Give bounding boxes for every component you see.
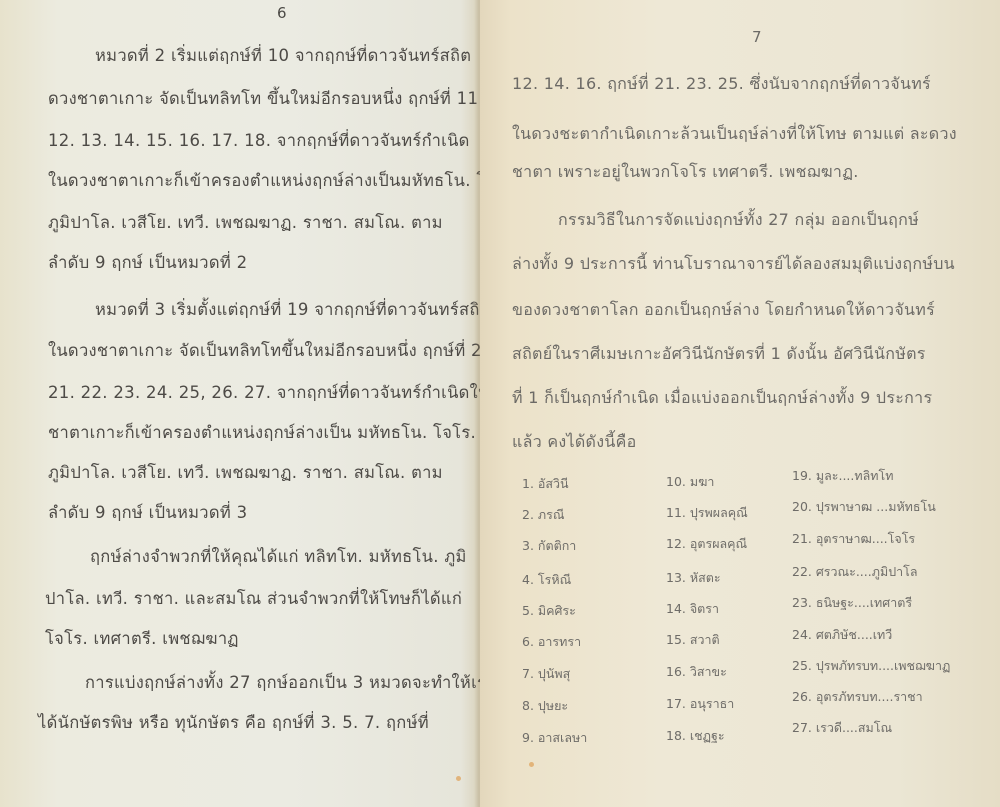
list-item: 8. ปุษยะ [522, 696, 568, 716]
list-item: 5. มิคศิระ [522, 601, 576, 621]
list-item: 20. ปุรพาษาฒ ...มหัทธโน [792, 497, 936, 517]
list-item: 9. อาสเลษา [522, 728, 587, 748]
text-line: หมวดที่ 2 เริ่มแต่ฤกษ์ที่ 10 จากฤกษ์ที่ด… [95, 43, 471, 69]
list-item: 12. อุตรผลคุณี [666, 534, 747, 554]
text-line: ในดวงชะตากำเนิดเกาะล้วนเป็นฤษ์ล่างที่ให้… [512, 122, 957, 147]
text-line: ฤกษ์ล่างจำพวกที่ให้คุณได้แก่ ทลิทโท. มหั… [90, 544, 467, 570]
text-line: ล่างทั้ง 9 ประการนี้ ท่านโบราณาจารย์ได้ล… [512, 252, 955, 277]
text-line: ลำดับ 9 ฤกษ์ เป็นหมวดที่ 2 [48, 250, 247, 276]
list-item: 14. จิตรา [666, 599, 719, 619]
page-number-left: 6 [277, 4, 287, 22]
list-item: 27. เรวดี....สมโณ [792, 718, 892, 738]
text-line: ที่ 1 ก็เป็นฤกษ์กำเนิด เมื่อแบ่งออกเป็นฤ… [512, 386, 932, 411]
text-line: หมวดที่ 3 เริ่มตั้งแต่ฤกษ์ที่ 19 จากฤกษ์… [95, 297, 480, 323]
text-line: ได้นักษัตรพิษ หรือ ทุนักษัตร คือ ฤกษ์ที่… [38, 710, 429, 736]
text-line: โจโร. เทศาตรี. เพชฌฆาฏ [45, 626, 239, 652]
text-line: ภูมิปาโล. เวสีโย. เทวี. เพชฌฆาฏ. ราชา. ส… [48, 210, 443, 236]
list-item: 2. ภรณี [522, 505, 564, 525]
text-line: แล้ว คงได้ดังนี้คือ [512, 430, 637, 455]
list-item: 1. อัสวินี [522, 474, 569, 494]
text-line: ลำดับ 9 ฤกษ์ เป็นหมวดที่ 3 [48, 500, 247, 526]
text-line: ในดวงชาตาเกาะก็เข้าครองตำแหน่งฤกษ์ล่างเป… [48, 168, 480, 194]
text-line: ชาตา เพราะอยู่ในพวกโจโร เทศาตรี. เพชฌฆาฏ… [512, 160, 859, 185]
paper-stain [456, 776, 461, 781]
text-line: ในดวงชาตาเกาะ จัดเป็นทลิทโทขึ้นใหม่อีกรอ… [48, 338, 480, 364]
text-line: กรรมวิธีในการจัดแบ่งฤกษ์ทั้ง 27 กลุ่ม ออ… [558, 208, 919, 233]
list-item: 6. อารทรา [522, 632, 581, 652]
list-item: 18. เชฏฐะ [666, 726, 725, 746]
text-line: 12. 14. 16. ฤกษ์ที่ 21. 23. 25. ซึ่งนับจ… [512, 72, 931, 97]
list-item: 13. หัสตะ [666, 568, 721, 588]
list-item: 15. สวาติ [666, 630, 720, 650]
paper-stain [529, 762, 534, 767]
list-item: 17. อนุราธา [666, 694, 734, 714]
list-item: 22. ศรวณะ....ภูมิปาโล [792, 562, 918, 582]
text-line: 12. 13. 14. 15. 16. 17. 18. จากฤกษ์ที่ดา… [48, 128, 470, 154]
list-item: 3. กัตติกา [522, 536, 576, 556]
page-number-right: 7 [752, 28, 762, 46]
text-line: ดวงชาตาเกาะ จัดเป็นทลิทโท ขึ้นใหม่อีกรอบ… [48, 86, 480, 112]
list-item: 19. มูละ....ทลิทโท [792, 466, 893, 486]
list-item: 23. ธนิษฐะ....เทศาตรี [792, 593, 912, 613]
text-line: ของดวงชาตาโลก ออกเป็นฤกษ์ล่าง โดยกำหนดให… [512, 298, 935, 323]
text-line: ภูมิปาโล. เวสีโย. เทวี. เพชฌฆาฏ. ราชา. ส… [48, 460, 443, 486]
list-item: 21. อุตราษาฒ....โจโร [792, 529, 915, 549]
list-item: 26. อุตรภัทรบท....ราชา [792, 687, 923, 707]
text-line: การแบ่งฤกษ์ล่างทั้ง 27 ฤกษ์ออกเป็น 3 หมว… [85, 670, 480, 696]
list-item: 11. ปุรพผลคุณี [666, 503, 748, 523]
text-line: 21. 22. 23. 24. 25, 26. 27. จากฤกษ์ที่ดา… [48, 380, 480, 406]
list-item: 10. มฆา [666, 472, 714, 492]
list-item: 7. ปุนัพสุ [522, 664, 570, 684]
list-item: 24. ศตภิษัช....เทวี [792, 625, 892, 645]
right-page: 7 12. 14. 16. ฤกษ์ที่ 21. 23. 25. ซึ่งนั… [480, 0, 1000, 807]
list-item: 4. โรหิณี [522, 570, 571, 590]
left-page: 6 หมวดที่ 2 เริ่มแต่ฤกษ์ที่ 10 จากฤกษ์ที… [0, 0, 480, 807]
list-item: 25. ปุรพภัทรบท....เพชฌฆาฏ [792, 656, 950, 676]
text-line: สถิตย์ในราศีเมษเกาะอัศวินีนักษัตรที่ 1 ด… [512, 342, 926, 367]
text-line: ปาโล. เทวี. ราชา. และสมโณ ส่วนจำพวกที่ให… [45, 586, 462, 612]
list-item: 16. วิสาขะ [666, 662, 727, 682]
text-line: ชาตาเกาะก็เข้าครองตำแหน่งฤกษ์ล่างเป็น มห… [48, 420, 476, 446]
